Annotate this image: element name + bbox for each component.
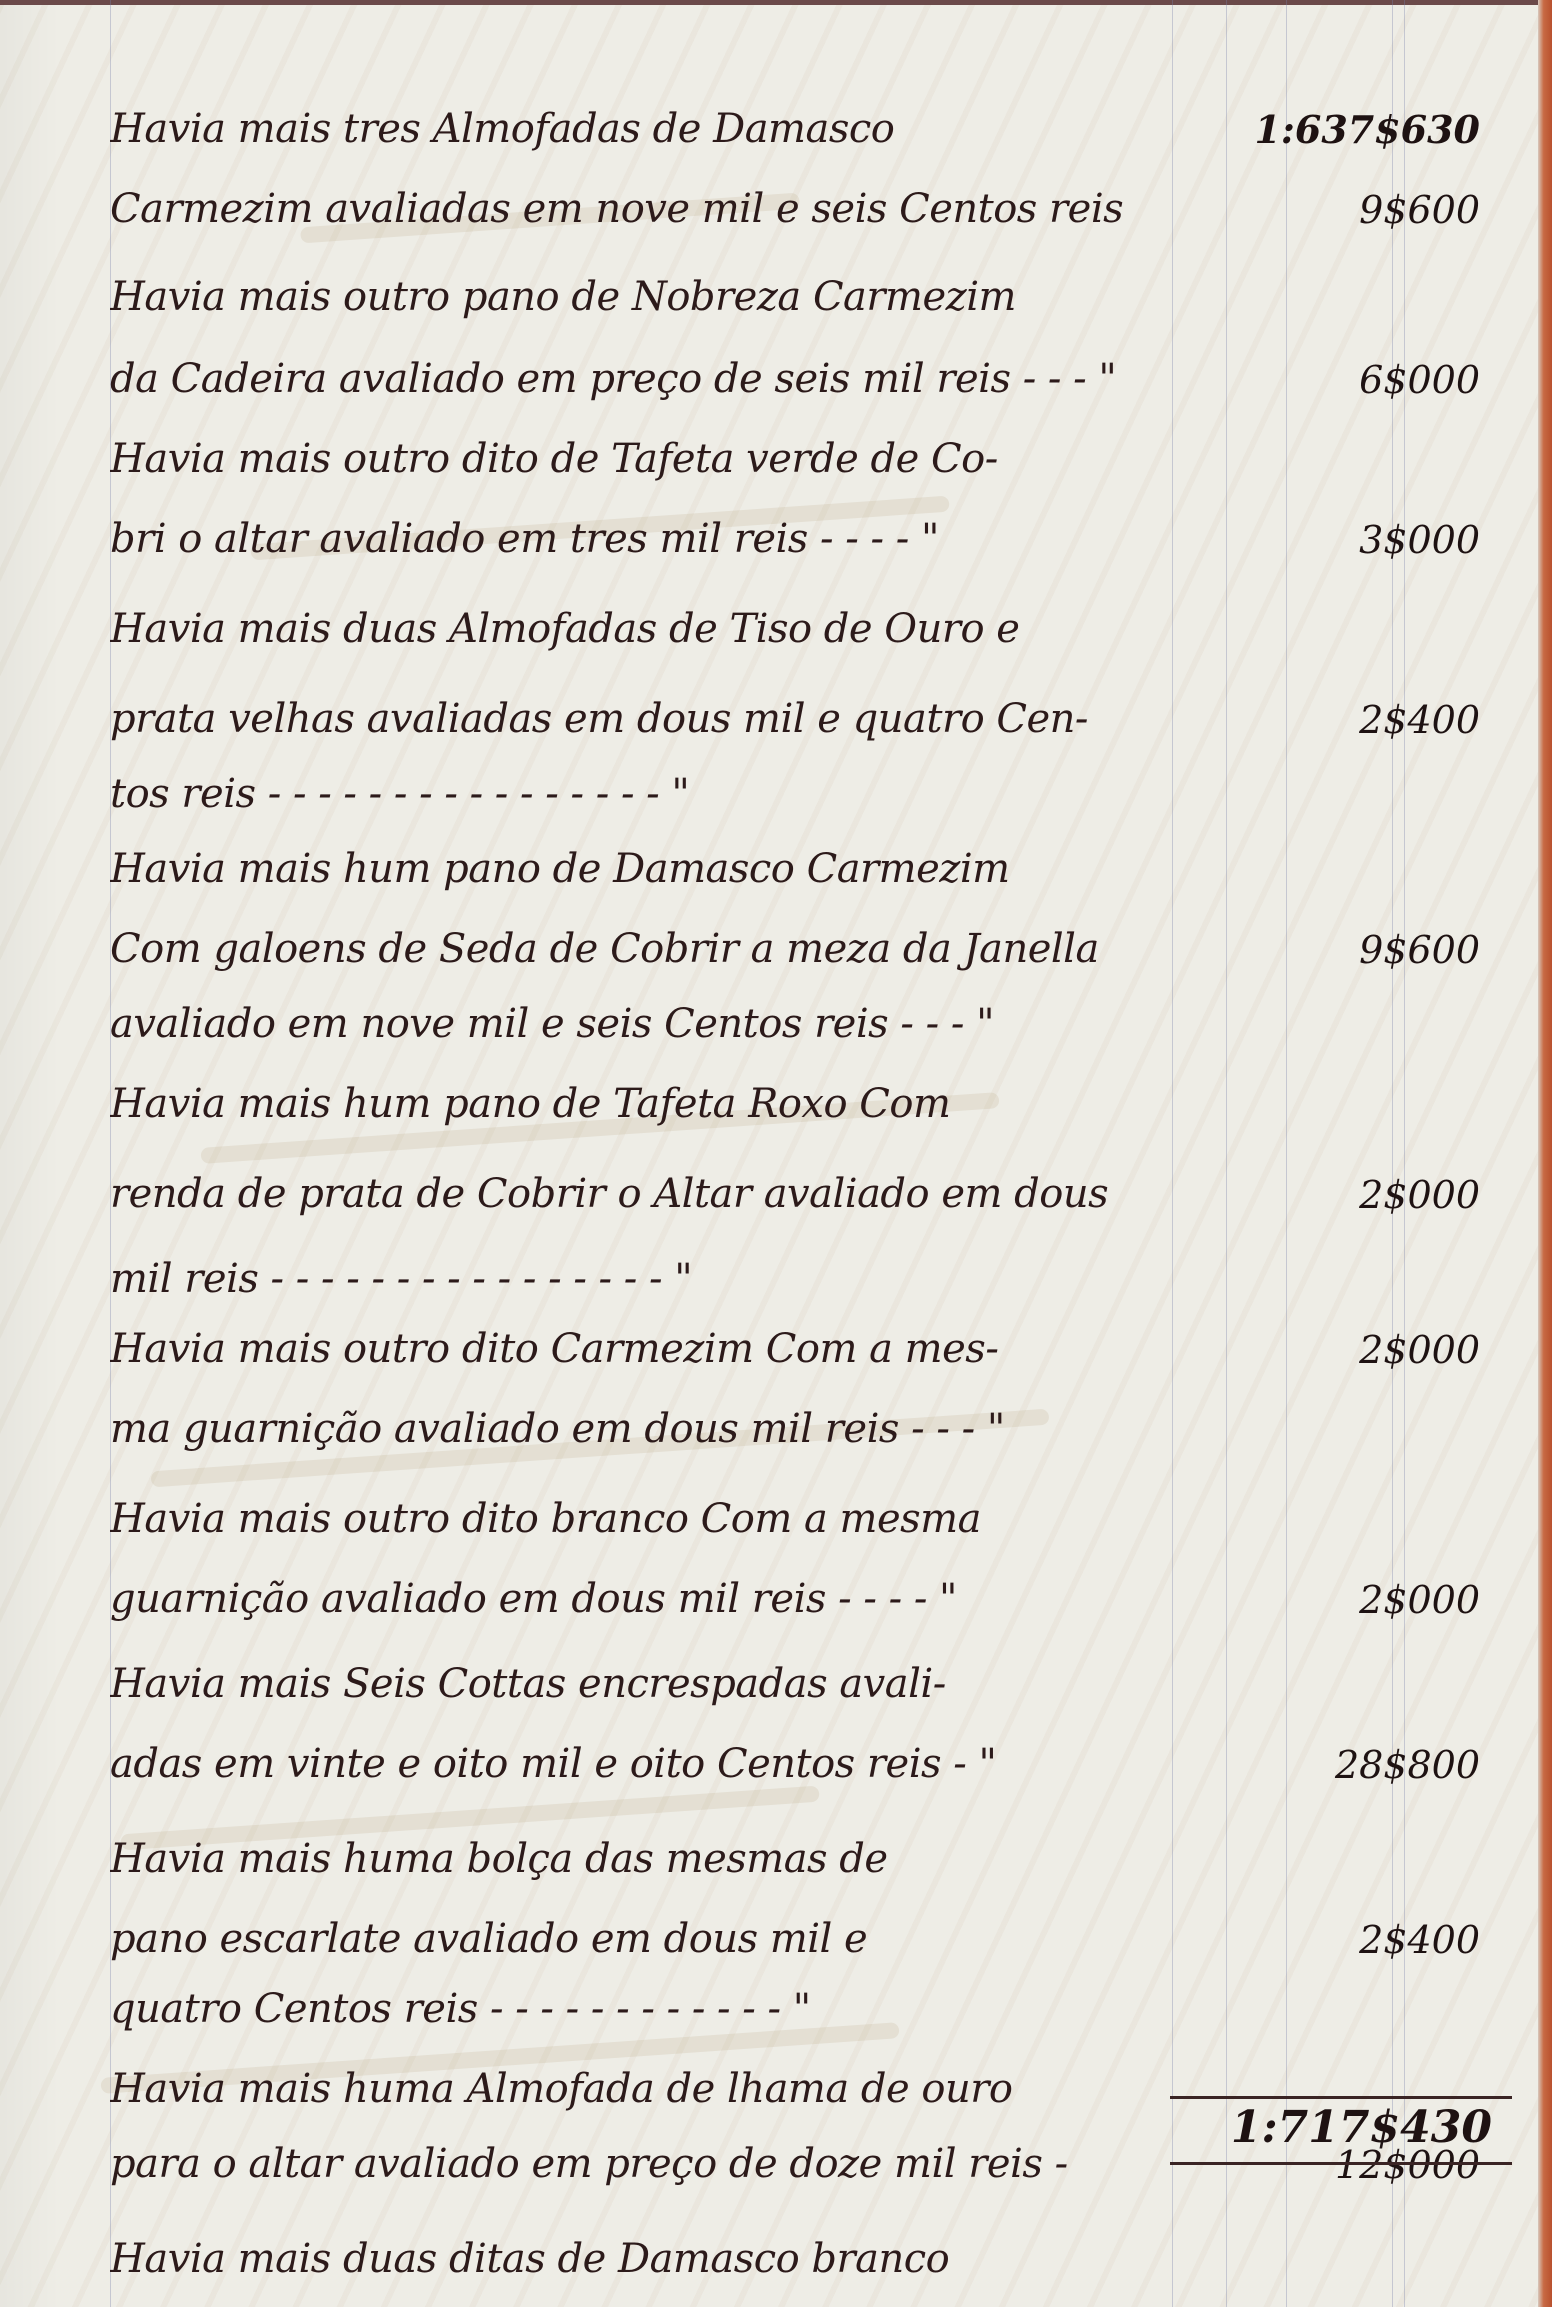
subtotal-value: 1:717$430 <box>1231 2102 1492 2153</box>
entry-amount: 2$000 <box>1359 1173 1480 1217</box>
entry-text: Havia mais huma bolça das mesmas de <box>110 1836 1190 1882</box>
entry-line: Havia mais duas ditas de Damasco branco <box>100 2200 1540 2290</box>
entry-line: avaliado em nove mil e seis Centos reis … <box>100 965 1540 1055</box>
entry-line: da Cadeira avaliado em preço de seis mil… <box>100 320 1540 410</box>
entry-text: ma guarnição avaliado em dous mil reis -… <box>110 1406 1190 1452</box>
entry-text: Carmezim avaliadas em nove mil e seis Ce… <box>110 186 1190 232</box>
entry-text: Havia mais duas Almofadas de Tiso de Our… <box>110 606 1190 652</box>
entry-amount: 9$600 <box>1359 188 1480 232</box>
entry-line: quatro Centos reis - - - - - - - - - - -… <box>100 1950 1540 2040</box>
entry-text: Havia mais hum pano de Damasco Carmezim <box>110 846 1190 892</box>
entry-text: adas em vinte e oito mil e oito Centos r… <box>110 1741 1190 1787</box>
entry-text: renda de prata de Cobrir o Altar avaliad… <box>110 1171 1190 1217</box>
entry-line: Havia mais huma bolça das mesmas de <box>100 1800 1540 1890</box>
entry-amount: 2$000 <box>1359 1328 1480 1372</box>
entry-text: guarnição avaliado em dous mil reis - - … <box>110 1576 1190 1622</box>
entry-line: Havia mais outro dito de Tafeta verde de… <box>100 400 1540 490</box>
entry-text: Havia mais tres Almofadas de Damasco <box>110 106 1190 152</box>
entry-text: Havia mais Seis Cottas encrespadas avali… <box>110 1661 1190 1707</box>
entry-amount: 2$000 <box>1359 1578 1480 1622</box>
entry-text: para o altar avaliado em preço de doze m… <box>110 2141 1190 2187</box>
entry-line: renda de prata de Cobrir o Altar avaliad… <box>100 1135 1540 1225</box>
carried-forward-amount: 1:637$630 <box>1254 107 1480 152</box>
entry-amount: 3$000 <box>1359 518 1480 562</box>
subtotal-rule-top <box>1170 2096 1512 2099</box>
entry-line: Havia mais outro dito branco Com a mesma <box>100 1460 1540 1550</box>
entry-line: Havia mais Seis Cottas encrespadas avali… <box>100 1625 1540 1715</box>
entry-text: avaliado em nove mil e seis Centos reis … <box>110 1001 1190 1047</box>
entry-line: Havia mais outro pano de Nobreza Carmezi… <box>100 238 1540 328</box>
page-top-edge <box>0 0 1552 5</box>
entry-amount: 6$000 <box>1359 358 1480 402</box>
entry-line: ma guarnição avaliado em dous mil reis -… <box>100 1370 1540 1460</box>
subtotal-rule-bottom <box>1170 2162 1512 2165</box>
entry-text: Havia mais outro dito Carmezim Com a mes… <box>110 1326 1190 1372</box>
entry-text: bri o altar avaliado em tres mil reis - … <box>110 516 1190 562</box>
entry-line: bri o altar avaliado em tres mil reis - … <box>100 480 1540 570</box>
entry-line: Havia mais duas Almofadas de Tiso de Our… <box>100 570 1540 660</box>
entry-line: Havia mais hum pano de Tafeta Roxo Com <box>100 1045 1540 1135</box>
entry-amount: 28$800 <box>1335 1743 1480 1787</box>
entry-text: da Cadeira avaliado em preço de seis mil… <box>110 356 1190 402</box>
entry-text: Havia mais outro dito branco Com a mesma <box>110 1496 1190 1542</box>
entry-line: Havia mais tres Almofadas de Damasco 1:6… <box>100 70 1540 160</box>
entry-line: Havia mais outro dito Carmezim Com a mes… <box>100 1290 1540 1380</box>
entry-text: Havia mais duas ditas de Damasco branco <box>110 2236 1190 2282</box>
entry-text: Havia mais outro dito de Tafeta verde de… <box>110 436 1190 482</box>
book-binding-edge <box>1538 0 1552 2307</box>
entry-line: Carmezim avaliadas em nove mil e seis Ce… <box>100 150 1540 240</box>
entry-text: quatro Centos reis - - - - - - - - - - -… <box>110 1986 1190 2032</box>
ledger-page: Havia mais tres Almofadas de Damasco 1:6… <box>0 0 1552 2307</box>
entry-line: Havia mais hum pano de Damasco Carmezim <box>100 810 1540 900</box>
entry-line: guarnição avaliado em dous mil reis - - … <box>100 1540 1540 1630</box>
entry-line: adas em vinte e oito mil e oito Centos r… <box>100 1705 1540 1795</box>
entry-text: Havia mais outro pano de Nobreza Carmezi… <box>110 274 1190 320</box>
entry-text: Havia mais hum pano de Tafeta Roxo Com <box>110 1081 1190 1127</box>
